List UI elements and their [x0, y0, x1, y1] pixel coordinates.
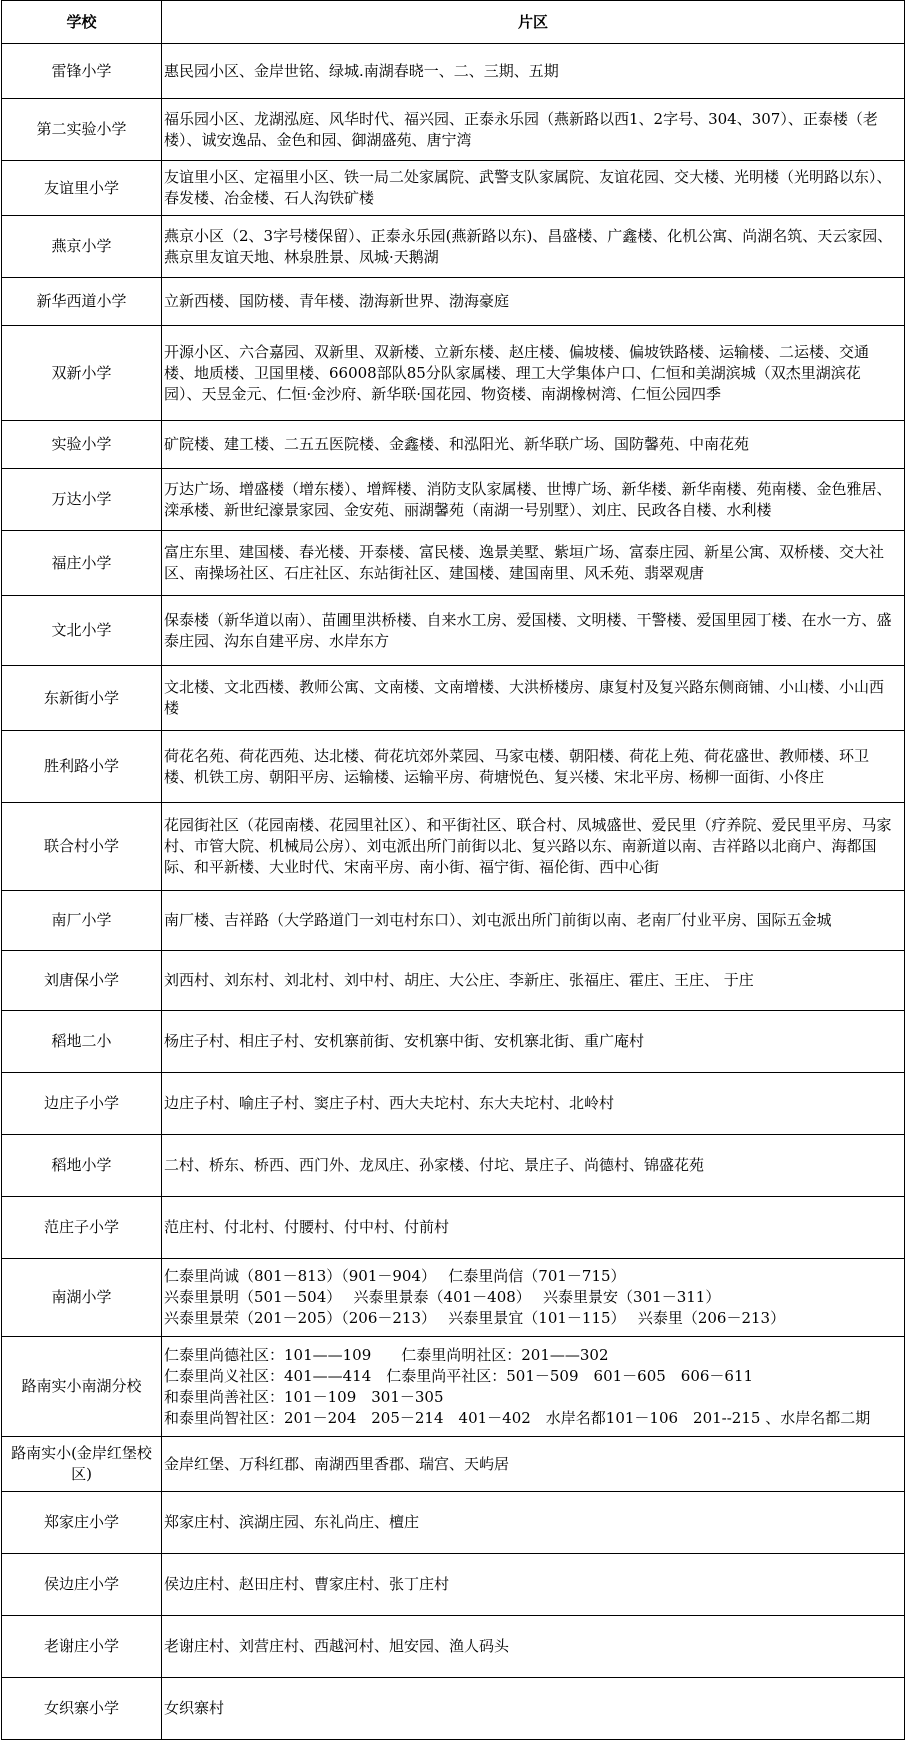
table-row: 东新街小学文北楼、文北西楼、教师公寓、文南楼、文南增楼、大洪桥楼房、康复村及复兴…	[2, 666, 905, 731]
district-list: 花园街社区（花园南楼、花园里社区）、和平街社区、联合村、凤城盛世、爱民里（疗养院…	[162, 803, 905, 891]
column-header-school: 学校	[2, 1, 162, 44]
district-list: 福乐园小区、龙湖泓庭、风华时代、福兴园、正泰永乐园（燕新路以西1、2字号、304…	[162, 99, 905, 161]
district-list: 边庄子村、喻庄子村、窦庄子村、西大夫坨村、东大夫坨村、北岭村	[162, 1073, 905, 1135]
district-list: 刘西村、刘东村、刘北村、刘中村、胡庄、大公庄、李新庄、张福庄、霍庄、王庄、 于庄	[162, 951, 905, 1011]
school-name: 福庄小学	[2, 531, 162, 596]
school-name: 双新小学	[2, 326, 162, 421]
table-row: 新华西道小学立新西楼、国防楼、青年楼、渤海新世界、渤海豪庭	[2, 278, 905, 326]
district-list: 郑家庄村、滨湖庄园、东礼尚庄、檀庄	[162, 1492, 905, 1554]
school-name: 雷锋小学	[2, 44, 162, 99]
district-list: 惠民园小区、金岸世铭、绿城.南湖春晓一、二、三期、五期	[162, 44, 905, 99]
table-row: 郑家庄小学郑家庄村、滨湖庄园、东礼尚庄、檀庄	[2, 1492, 905, 1554]
school-name: 第二实验小学	[2, 99, 162, 161]
school-district-table: 学校 片区 雷锋小学惠民园小区、金岸世铭、绿城.南湖春晓一、二、三期、五期第二实…	[1, 0, 905, 1740]
column-header-district: 片区	[162, 1, 905, 44]
school-name: 路南实小(金岸红堡校区)	[2, 1437, 162, 1492]
school-name: 老谢庄小学	[2, 1616, 162, 1678]
district-list: 燕京小区（2、3字号楼保留）、正泰永乐园(燕新路以东)、昌盛楼、广鑫楼、化机公寓…	[162, 216, 905, 278]
school-name: 稻地小学	[2, 1135, 162, 1197]
district-list: 荷花名苑、荷花西苑、达北楼、荷花坑郊外菜园、马家屯楼、朝阳楼、荷花上苑、荷花盛世…	[162, 731, 905, 803]
school-name: 实验小学	[2, 421, 162, 469]
table-row: 第二实验小学福乐园小区、龙湖泓庭、风华时代、福兴园、正泰永乐园（燕新路以西1、2…	[2, 99, 905, 161]
table-row: 刘唐保小学刘西村、刘东村、刘北村、刘中村、胡庄、大公庄、李新庄、张福庄、霍庄、王…	[2, 951, 905, 1011]
table-row: 范庄子小学范庄村、付北村、付腰村、付中村、付前村	[2, 1197, 905, 1259]
district-list: 矿院楼、建工楼、二五五医院楼、金鑫楼、和泓阳光、新华联广场、国防馨苑、中南花苑	[162, 421, 905, 469]
school-name: 侯边庄小学	[2, 1554, 162, 1616]
district-list: 仁泰里尚诚（801－813）（901－904） 仁泰里尚信（701－715） 兴…	[162, 1259, 905, 1337]
school-name: 东新街小学	[2, 666, 162, 731]
table-row: 文北小学保泰楼（新华道以南）、苗圃里洪桥楼、自来水工房、爱国楼、文明楼、干警楼、…	[2, 596, 905, 666]
school-name: 郑家庄小学	[2, 1492, 162, 1554]
table-row: 女织寨小学女织寨村	[2, 1678, 905, 1740]
table-row: 雷锋小学惠民园小区、金岸世铭、绿城.南湖春晓一、二、三期、五期	[2, 44, 905, 99]
table-row: 路南实小南湖分校仁泰里尚德社区：101——109 仁泰里尚明社区：201——30…	[2, 1337, 905, 1437]
table-row: 侯边庄小学侯边庄村、赵田庄村、曹家庄村、张丁庄村	[2, 1554, 905, 1616]
school-name: 女织寨小学	[2, 1678, 162, 1740]
district-list: 金岸红堡、万科红郡、南湖西里香郡、瑞宫、天屿居	[162, 1437, 905, 1492]
district-list: 杨庄子村、相庄子村、安机寨前街、安机寨中街、安机寨北街、重广庵村	[162, 1011, 905, 1073]
table-row: 友谊里小学友谊里小区、定福里小区、铁一局二处家属院、武警支队家属院、友谊花园、交…	[2, 161, 905, 216]
school-name: 文北小学	[2, 596, 162, 666]
school-name: 万达小学	[2, 469, 162, 531]
district-list: 南厂楼、吉祥路（大学路道门一刘屯村东口）、刘屯派出所门前街以南、老南厂付业平房、…	[162, 891, 905, 951]
table-header-row: 学校 片区	[2, 1, 905, 44]
school-name: 联合村小学	[2, 803, 162, 891]
table-row: 双新小学开源小区、六合嘉园、双新里、双新楼、立新东楼、赵庄楼、偏坡楼、偏坡铁路楼…	[2, 326, 905, 421]
district-list: 女织寨村	[162, 1678, 905, 1740]
district-list: 文北楼、文北西楼、教师公寓、文南楼、文南增楼、大洪桥楼房、康复村及复兴路东侧商铺…	[162, 666, 905, 731]
page: 学校 片区 雷锋小学惠民园小区、金岸世铭、绿城.南湖春晓一、二、三期、五期第二实…	[0, 0, 905, 1740]
school-name: 新华西道小学	[2, 278, 162, 326]
school-name: 胜利路小学	[2, 731, 162, 803]
table-row: 燕京小学燕京小区（2、3字号楼保留）、正泰永乐园(燕新路以东)、昌盛楼、广鑫楼、…	[2, 216, 905, 278]
table-row: 联合村小学花园街社区（花园南楼、花园里社区）、和平街社区、联合村、凤城盛世、爱民…	[2, 803, 905, 891]
district-list: 友谊里小区、定福里小区、铁一局二处家属院、武警支队家属院、友谊花园、交大楼、光明…	[162, 161, 905, 216]
table-row: 稻地小学二村、桥东、桥西、西门外、龙凤庄、孙家楼、付坨、景庄子、尚德村、锦盛花苑	[2, 1135, 905, 1197]
school-name: 友谊里小学	[2, 161, 162, 216]
district-list: 开源小区、六合嘉园、双新里、双新楼、立新东楼、赵庄楼、偏坡楼、偏坡铁路楼、运输楼…	[162, 326, 905, 421]
table-row: 胜利路小学荷花名苑、荷花西苑、达北楼、荷花坑郊外菜园、马家屯楼、朝阳楼、荷花上苑…	[2, 731, 905, 803]
school-name: 南湖小学	[2, 1259, 162, 1337]
district-list: 范庄村、付北村、付腰村、付中村、付前村	[162, 1197, 905, 1259]
table-row: 南厂小学南厂楼、吉祥路（大学路道门一刘屯村东口）、刘屯派出所门前街以南、老南厂付…	[2, 891, 905, 951]
school-name: 路南实小南湖分校	[2, 1337, 162, 1437]
school-name: 刘唐保小学	[2, 951, 162, 1011]
district-list: 侯边庄村、赵田庄村、曹家庄村、张丁庄村	[162, 1554, 905, 1616]
school-name: 南厂小学	[2, 891, 162, 951]
district-list: 仁泰里尚德社区：101——109 仁泰里尚明社区：201——302 仁泰里尚义社…	[162, 1337, 905, 1437]
table-row: 福庄小学富庄东里、建国楼、春光楼、开泰楼、富民楼、逸景美墅、紫垣广场、富泰庄园、…	[2, 531, 905, 596]
school-name: 稻地二小	[2, 1011, 162, 1073]
district-list: 立新西楼、国防楼、青年楼、渤海新世界、渤海豪庭	[162, 278, 905, 326]
district-list: 二村、桥东、桥西、西门外、龙凤庄、孙家楼、付坨、景庄子、尚德村、锦盛花苑	[162, 1135, 905, 1197]
district-list: 富庄东里、建国楼、春光楼、开泰楼、富民楼、逸景美墅、紫垣广场、富泰庄园、新星公寓…	[162, 531, 905, 596]
table-row: 万达小学万达广场、增盛楼（增东楼）、增辉楼、消防支队家属楼、世博广场、新华楼、新…	[2, 469, 905, 531]
school-name: 范庄子小学	[2, 1197, 162, 1259]
district-list: 老谢庄村、刘营庄村、西越河村、旭安园、渔人码头	[162, 1616, 905, 1678]
school-name: 燕京小学	[2, 216, 162, 278]
table-row: 稻地二小杨庄子村、相庄子村、安机寨前街、安机寨中街、安机寨北街、重广庵村	[2, 1011, 905, 1073]
school-name: 边庄子小学	[2, 1073, 162, 1135]
district-list: 万达广场、增盛楼（增东楼）、增辉楼、消防支队家属楼、世博广场、新华楼、新华南楼、…	[162, 469, 905, 531]
table-row: 老谢庄小学老谢庄村、刘营庄村、西越河村、旭安园、渔人码头	[2, 1616, 905, 1678]
district-list: 保泰楼（新华道以南）、苗圃里洪桥楼、自来水工房、爱国楼、文明楼、干警楼、爱国里园…	[162, 596, 905, 666]
table-row: 边庄子小学边庄子村、喻庄子村、窦庄子村、西大夫坨村、东大夫坨村、北岭村	[2, 1073, 905, 1135]
table-row: 南湖小学仁泰里尚诚（801－813）（901－904） 仁泰里尚信（701－71…	[2, 1259, 905, 1337]
table-row: 路南实小(金岸红堡校区)金岸红堡、万科红郡、南湖西里香郡、瑞宫、天屿居	[2, 1437, 905, 1492]
table-row: 实验小学矿院楼、建工楼、二五五医院楼、金鑫楼、和泓阳光、新华联广场、国防馨苑、中…	[2, 421, 905, 469]
